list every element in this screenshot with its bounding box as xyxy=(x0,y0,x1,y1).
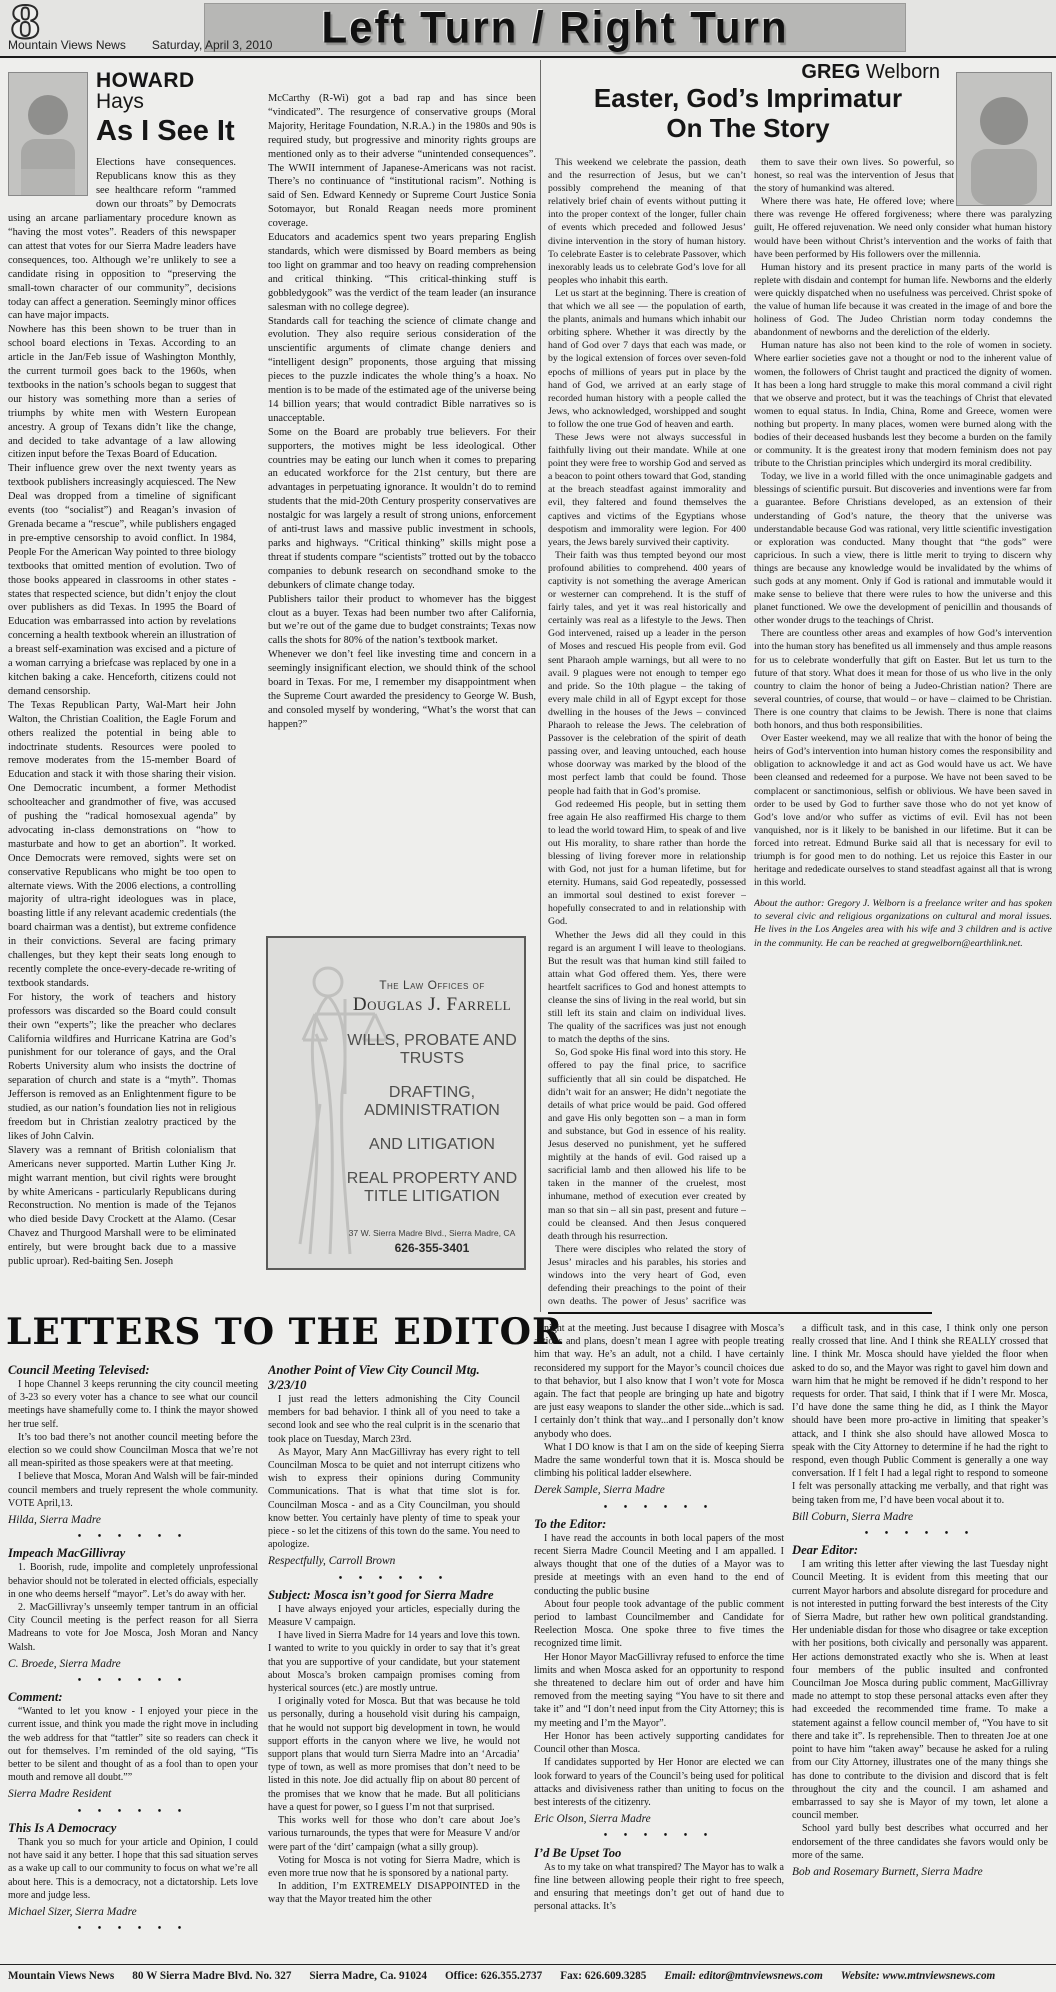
letter-paragraph: This works well for those who don’t care… xyxy=(268,1814,520,1854)
letter-separator: • • • • • • xyxy=(8,1674,258,1687)
letter-heading: Dear Editor: xyxy=(792,1543,1048,1558)
ad-heading: The Law Offices of xyxy=(346,978,518,992)
letter-paragraph: What I DO know is that I am on the side … xyxy=(534,1441,784,1481)
howard-hays-photo xyxy=(8,72,88,196)
byline-last-name: Welborn xyxy=(860,61,940,83)
letter-paragraph: As Mayor, Mary Ann MacGillivray has ever… xyxy=(268,1446,520,1552)
paragraph: The Texas Republican Party, Wal-Mart hei… xyxy=(8,699,236,991)
right-article-title: Easter, God’s Imprimatur On The Story xyxy=(548,84,948,144)
letter-heading: I’d Be Upset Too xyxy=(534,1846,784,1861)
paragraph: Over Easter weekend, may we all realize … xyxy=(754,732,1052,889)
letter-signature: Sierra Madre Resident xyxy=(8,1788,258,1801)
footer-paper-name: Mountain Views News xyxy=(8,1970,114,1982)
footer-city: Sierra Madre, Ca. 91024 xyxy=(309,1970,427,1982)
byline-greg-welborn: GREG Welborn xyxy=(801,62,940,82)
left-article-col2-text: McCarthy (R-Wi) got a bad rap and has si… xyxy=(268,92,536,732)
paragraph: These Jews were not always successful in… xyxy=(548,431,746,549)
letters-top-rule xyxy=(548,1312,932,1314)
letter-heading: Another Point of View City Council Mtg. … xyxy=(268,1363,520,1393)
about-the-author: About the author: Gregory J. Welborn is … xyxy=(754,897,1052,949)
letter-paragraph: It’s too bad there’s not another council… xyxy=(8,1431,258,1471)
ad-email: SierraMLaw@cs.com xyxy=(346,1269,518,1270)
page-header: 8 Left Turn / Right Turn Mountain Views … xyxy=(0,0,1056,58)
paragraph: There are countless other areas and exam… xyxy=(754,627,1052,732)
letter-heading: Impeach MacGillivray xyxy=(8,1546,258,1561)
right-article-column-2: them to save their own lives. So powerfu… xyxy=(754,156,1052,1308)
letter-paragraph: a difficult task, and in this case, I th… xyxy=(792,1322,1048,1507)
footer-office-phone: Office: 626.355.2737 xyxy=(445,1970,542,1982)
letter-paragraph: 1. Boorish, rude, impolite and completel… xyxy=(8,1561,258,1601)
ad-address: 37 W. Sierra Madre Blvd., Sierra Madre, … xyxy=(346,1228,518,1238)
ad-firm-name: Douglas J. Farrell xyxy=(346,994,518,1016)
letter-paragraph: Her Honor Mayor MacGillivray refused to … xyxy=(534,1651,784,1730)
paragraph: Their faith was thus tempted beyond our … xyxy=(548,549,746,798)
byline-first-name: GREG xyxy=(801,61,860,83)
article-easter-gods-imprimatur: GREG Welborn Easter, God’s Imprimatur On… xyxy=(548,60,1052,1310)
title-line-2: On The Story xyxy=(666,113,829,143)
letter-separator: • • • • • • xyxy=(8,1922,258,1935)
paragraph: Their influence grew over the next twent… xyxy=(8,462,236,698)
letters-column-2: Another Point of View City Council Mtg. … xyxy=(268,1360,520,1962)
letter-separator: • • • • • • xyxy=(268,1572,520,1585)
letter-paragraph: Her Honor has been actively supporting c… xyxy=(534,1730,784,1756)
letter-paragraph: School yard bully best describes what oc… xyxy=(792,1822,1048,1862)
footer-rule xyxy=(0,1964,1056,1965)
letter-separator: • • • • • • xyxy=(8,1530,258,1543)
left-article-column-1: HOWARD Hays As I See It Elections have c… xyxy=(8,70,236,1310)
paragraph: Where there was hate, He offered love; w… xyxy=(754,195,1052,260)
paragraph: WILLS, PROBATE AND TRUSTS xyxy=(346,1032,518,1068)
section-title: Left Turn / Right Turn xyxy=(321,2,788,52)
footer-email: Email: editor@mtnviewsnews.com xyxy=(664,1970,822,1982)
letter-signature: Respectfully, Carroll Brown xyxy=(268,1555,520,1568)
paragraph: Human nature has also not been kind to t… xyxy=(754,339,1052,470)
paragraph: Some on the Board are probably true beli… xyxy=(268,426,536,593)
letter-paragraph: If candidates supported by Her Honor are… xyxy=(534,1756,784,1809)
ad-content: The Law Offices of Douglas J. Farrell WI… xyxy=(268,938,524,1268)
right-article-col1-text: This weekend we celebrate the passion, d… xyxy=(548,156,746,1308)
paragraph: DRAFTING, ADMINISTRATION xyxy=(346,1084,518,1120)
letter-separator: • • • • • • xyxy=(534,1501,784,1514)
letter-signature: Bob and Rosemary Burnett, Sierra Madre xyxy=(792,1866,1048,1879)
left-article-col1-text: Elections have consequences. Republicans… xyxy=(8,156,236,1269)
paragraph: Nowhere has this been shown to be truer … xyxy=(8,323,236,462)
footer-address: 80 W Sierra Madre Blvd. No. 327 xyxy=(132,1970,291,1982)
byline-last-name: Hays xyxy=(96,90,144,113)
letter-paragraph: night at the meeting. Just because I dis… xyxy=(534,1322,784,1441)
letters-column-4: a difficult task, and in this case, I th… xyxy=(792,1322,1048,1962)
letter-paragraph: About four people took advantage of the … xyxy=(534,1598,784,1651)
letter-separator: • • • • • • xyxy=(8,1805,258,1818)
letter-paragraph: In addition, I’m EXTREMELY DISAPPOINTED … xyxy=(268,1880,520,1906)
letters-section-title: LETTERS TO THE EDITOR xyxy=(6,1314,563,1350)
ad-services: WILLS, PROBATE AND TRUSTSDRAFTING, ADMIN… xyxy=(346,1032,518,1206)
paragraph: Slavery was a remnant of British colonia… xyxy=(8,1144,236,1269)
page-footer: Mountain Views News 80 W Sierra Madre Bl… xyxy=(8,1970,1050,1982)
paragraph: Whether the Jews did all they could in t… xyxy=(548,929,746,1047)
paragraph: them to save their own lives. So powerfu… xyxy=(754,156,1052,195)
paragraph: AND LITIGATION xyxy=(346,1136,518,1154)
ad-phone: 626-355-3401 xyxy=(346,1241,518,1255)
paragraph: Publishers tailor their product to whome… xyxy=(268,593,536,649)
portrait-icon xyxy=(9,73,87,195)
paragraph: McCarthy (R-Wi) got a bad rap and has si… xyxy=(268,92,536,231)
section-banner: Left Turn / Right Turn xyxy=(204,3,906,52)
paragraph: This weekend we celebrate the passion, d… xyxy=(548,156,746,287)
title-line-1: Easter, God’s Imprimatur xyxy=(594,83,902,113)
letter-paragraph: “Wanted to let you know - I enjoyed your… xyxy=(8,1705,258,1784)
letter-heading: This Is A Democracy xyxy=(8,1821,258,1836)
paragraph: For history, the work of teachers and hi… xyxy=(8,991,236,1144)
newspaper-page: 8 Left Turn / Right Turn Mountain Views … xyxy=(0,0,1056,1992)
letter-separator: • • • • • • xyxy=(534,1829,784,1842)
letter-paragraph: I believe that Mosca, Moran And Walsh wi… xyxy=(8,1470,258,1510)
issue-date: Saturday, April 3, 2010 xyxy=(152,38,273,52)
masthead-line: Mountain Views News Saturday, April 3, 2… xyxy=(8,38,272,52)
letter-paragraph: I have lived in Sierra Madre for 14 year… xyxy=(268,1629,520,1695)
letter-separator: • • • • • • xyxy=(792,1527,1048,1540)
letters-column-1: Council Meeting Televised:I hope Channel… xyxy=(8,1360,258,1962)
letter-signature: Eric Olson, Sierra Madre xyxy=(534,1813,784,1826)
paragraph: Standards call for teaching the science … xyxy=(268,315,536,426)
letter-paragraph: I just read the letters admonishing the … xyxy=(268,1393,520,1446)
right-article-col2-text: them to save their own lives. So powerfu… xyxy=(754,156,1052,889)
letter-signature: C. Broede, Sierra Madre xyxy=(8,1658,258,1671)
letter-heading: Comment: xyxy=(8,1690,258,1705)
byline-first-name: HOWARD xyxy=(96,70,195,92)
paragraph: Today, we live in a world filled with th… xyxy=(754,470,1052,627)
letter-paragraph: I originally voted for Mosca. But that w… xyxy=(268,1695,520,1814)
letter-signature: Derek Sample, Sierra Madre xyxy=(534,1484,784,1497)
letter-paragraph: I am writing this letter after viewing t… xyxy=(792,1558,1048,1822)
letter-paragraph: Thank you so much for your article and O… xyxy=(8,1836,258,1902)
left-article-column-2: McCarthy (R-Wi) got a bad rap and has si… xyxy=(268,92,536,934)
letter-signature: Bill Coburn, Sierra Madre xyxy=(792,1511,1048,1524)
letter-paragraph: 2. MacGillivray’s unseemly temper tantru… xyxy=(8,1601,258,1654)
paragraph: Let us start at the beginning. There is … xyxy=(548,287,746,431)
letter-paragraph: As to my take on what transpired? The Ma… xyxy=(534,1861,784,1914)
paragraph: God redeemed His people, but in setting … xyxy=(548,798,746,929)
letter-paragraph: I have always enjoyed your articles, esp… xyxy=(268,1603,520,1629)
law-office-ad: The Law Offices of Douglas J. Farrell WI… xyxy=(266,936,526,1270)
ad-text-block: The Law Offices of Douglas J. Farrell WI… xyxy=(346,978,518,1270)
paragraph: Whenever we don’t feel like investing ti… xyxy=(268,648,536,731)
footer-fax: Fax: 626.609.3285 xyxy=(560,1970,646,1982)
letter-signature: Hilda, Sierra Madre xyxy=(8,1514,258,1527)
paper-name: Mountain Views News xyxy=(8,38,126,52)
letter-paragraph: Voting for Mosca is not voting for Sierr… xyxy=(268,1854,520,1880)
paragraph: Educators and academics spent two years … xyxy=(268,231,536,314)
letter-heading: Council Meeting Televised: xyxy=(8,1363,258,1378)
paragraph: Human history and its present practice i… xyxy=(754,261,1052,340)
letter-signature: Michael Sizer, Sierra Madre xyxy=(8,1906,258,1919)
letter-heading: To the Editor: xyxy=(534,1517,784,1532)
paragraph: REAL PROPERTY AND TITLE LITIGATION xyxy=(346,1170,518,1206)
letter-paragraph: I hope Channel 3 keeps rerunning the cit… xyxy=(8,1378,258,1431)
column-divider xyxy=(540,60,541,1312)
letter-heading: Subject: Mosca isn’t good for Sierra Mad… xyxy=(268,1588,520,1603)
right-article-column-1: This weekend we celebrate the passion, d… xyxy=(548,156,746,1308)
article-as-i-see-it: HOWARD Hays As I See It Elections have c… xyxy=(6,60,534,1310)
paragraph: So, God spoke His final word into this s… xyxy=(548,1046,746,1242)
letters-column-3: night at the meeting. Just because I dis… xyxy=(534,1322,784,1962)
paragraph: There were disciples who related the sto… xyxy=(548,1243,746,1308)
letter-paragraph: I have read the accounts in both local p… xyxy=(534,1532,784,1598)
footer-website: Website: www.mtnviewsnews.com xyxy=(841,1970,995,1982)
